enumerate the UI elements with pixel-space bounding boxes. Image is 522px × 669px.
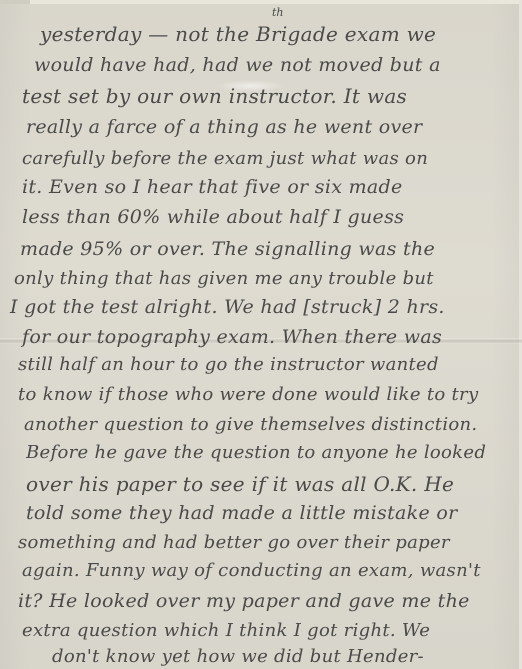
text-line-16: over his paper to see if it was all O.K.… — [26, 472, 454, 496]
text-line-5: carefully before the exam just what was … — [22, 148, 428, 169]
text-line-12: still half an hour to go the instructor … — [18, 354, 439, 375]
text-line-14: another question to give themselves dist… — [24, 414, 477, 435]
text-line-10: I got the test alright. We had [struck] … — [10, 296, 445, 318]
text-line-2: would have had, had we not moved but a — [34, 54, 441, 76]
text-line-3: test set by our own instructor. It was — [22, 84, 407, 108]
text-line-22: don't know yet how we did but Hender- — [52, 646, 424, 667]
text-line-8: made 95% or over. The signalling was the — [20, 238, 435, 260]
text-line-18: something and had better go over their p… — [18, 532, 450, 553]
text-line-11: for our topography exam. When there was — [22, 326, 442, 348]
text-line-6: it. Even so I hear that five or six made — [22, 176, 403, 198]
text-line-9: only thing that has given me any trouble… — [14, 268, 434, 289]
paper-top-edge — [0, 0, 522, 4]
text-line-21: extra question which I think I got right… — [22, 620, 430, 641]
text-line-20: it? He looked over my paper and gave me … — [18, 590, 470, 612]
paper-top-edge-shadow — [0, 0, 30, 4]
text-line-19: again. Funny way of conducting an exam, … — [22, 560, 481, 581]
superscript-th: th — [272, 6, 284, 19]
text-line-4: really a farce of a thing as he went ove… — [26, 116, 422, 138]
text-line-15: Before he gave the question to anyone he… — [26, 442, 486, 463]
text-line-13: to know if those who were done would lik… — [18, 384, 478, 405]
text-line-7: less than 60% while about half I guess — [22, 206, 404, 228]
letter-page: th yesterday — not the Brigade exam we w… — [0, 0, 522, 669]
text-line-17: told some they had made a little mistake… — [26, 502, 457, 524]
text-line-1: yesterday — not the Brigade exam we — [40, 22, 436, 46]
